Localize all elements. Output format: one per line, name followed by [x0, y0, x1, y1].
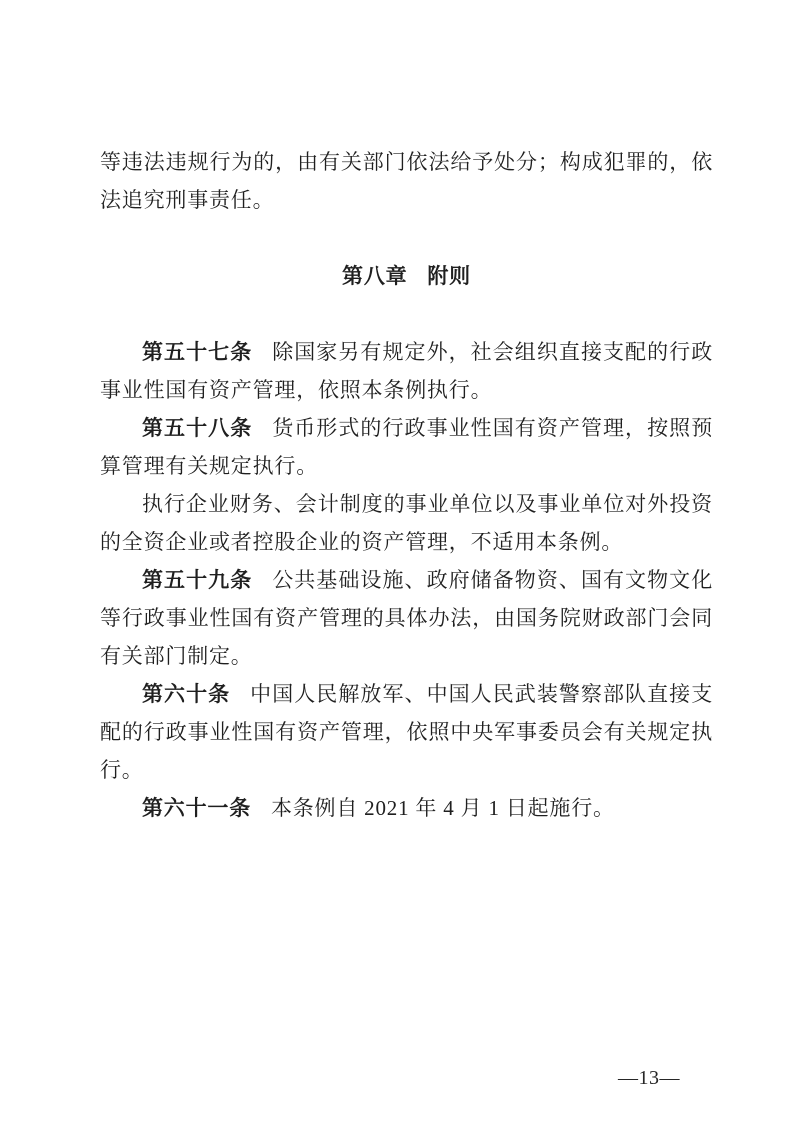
page-number: —13— [618, 1066, 680, 1090]
article-paragraph: 执行企业财务、会计制度的事业单位以及事业单位对外投资的全资企业或者控股企业的资产… [100, 485, 713, 561]
chapter-number: 第八章 [342, 264, 407, 288]
article-number: 第五十七条 [142, 340, 252, 364]
article-number: 第五十八条 [142, 416, 252, 440]
chapter-title: 附则 [427, 264, 471, 288]
article-paragraph: 第五十八条货币形式的行政事业性国有资产管理，按照预算管理有关规定执行。 [100, 409, 713, 485]
article-paragraph: 第五十七条除国家另有规定外，社会组织直接支配的行政事业性国有资产管理，依照本条例… [100, 333, 713, 409]
article-text: 本条例自 2021 年 4 月 1 日起施行。 [271, 796, 615, 820]
article-paragraph: 第六十条中国人民解放军、中国人民武装警察部队直接支配的行政事业性国有资产管理，依… [100, 675, 713, 789]
document-body: 等违法违规行为的，由有关部门依法给予处分；构成犯罪的，依法追究刑事责任。 第八章… [100, 143, 713, 827]
article-text: 执行企业财务、会计制度的事业单位以及事业单位对外投资的全资企业或者控股企业的资产… [100, 492, 713, 554]
chapter-heading: 第八章附则 [100, 257, 713, 295]
article-paragraph: 第五十九条公共基础设施、政府储备物资、国有文物文化等行政事业性国有资产管理的具体… [100, 561, 713, 675]
article-number: 第六十条 [142, 682, 230, 706]
article-number: 第五十九条 [142, 568, 252, 592]
document-page: 等违法违规行为的，由有关部门依法给予处分；构成犯罪的，依法追究刑事责任。 第八章… [0, 0, 793, 1122]
article-number: 第六十一条 [142, 796, 251, 820]
paragraph-continuation: 等违法违规行为的，由有关部门依法给予处分；构成犯罪的，依法追究刑事责任。 [100, 143, 713, 219]
article-paragraph: 第六十一条本条例自 2021 年 4 月 1 日起施行。 [100, 789, 713, 827]
